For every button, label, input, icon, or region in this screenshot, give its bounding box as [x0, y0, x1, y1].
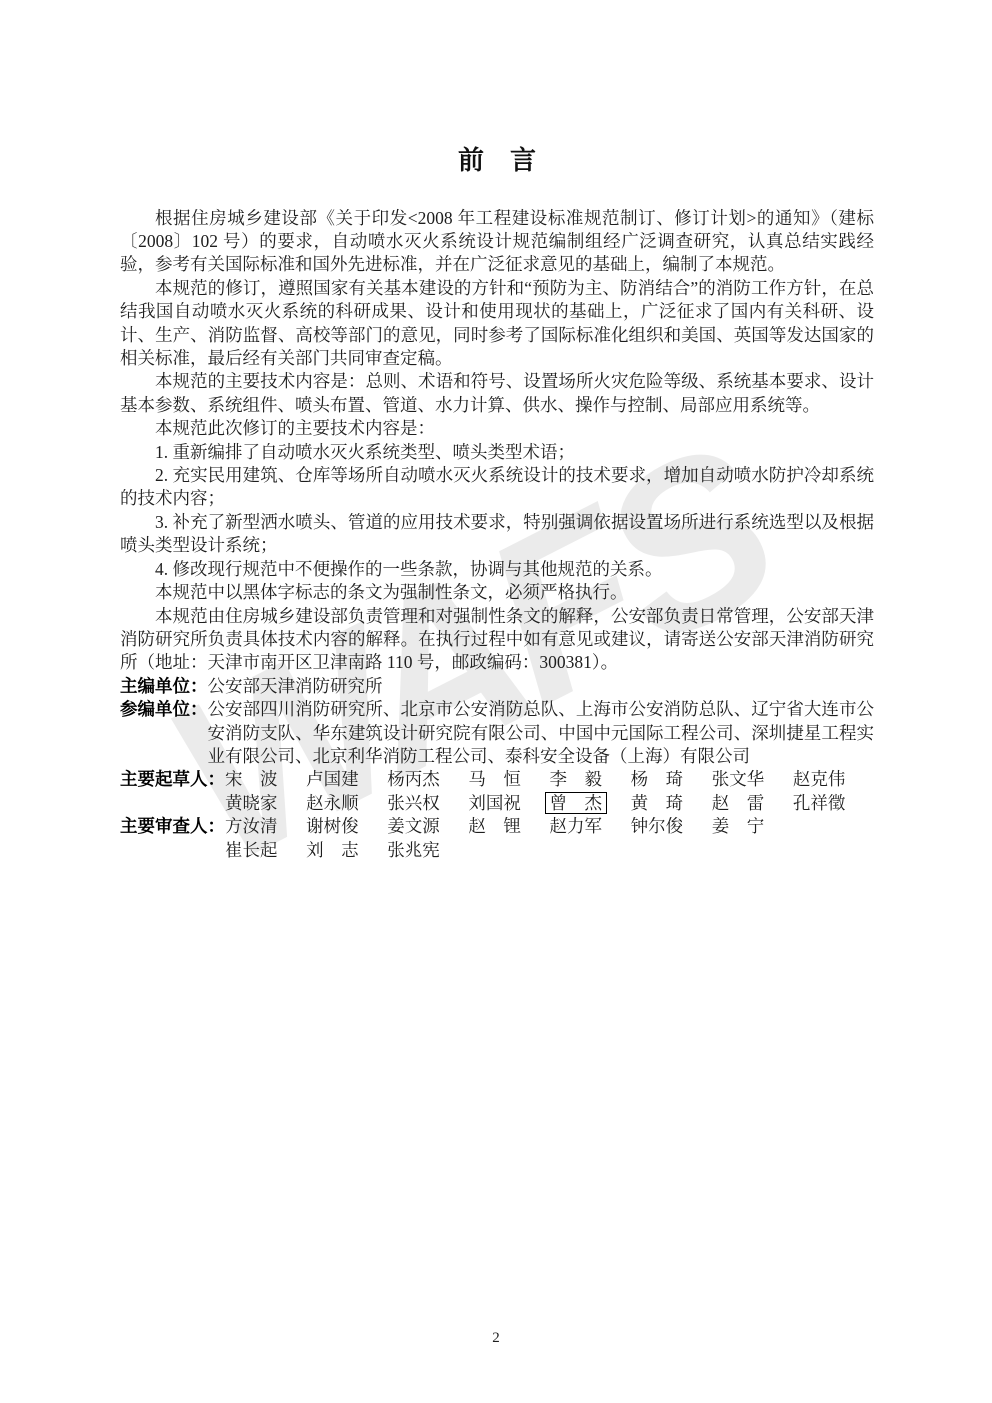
reviewers-label: 主要审查人：	[120, 815, 225, 838]
paragraph-revision-heading: 本规范此次修订的主要技术内容是：	[120, 417, 874, 440]
person-name: 杨丙杰	[387, 768, 468, 791]
person-name: 张文华	[712, 768, 793, 791]
person-name: 曾 杰	[550, 792, 631, 815]
person-name: 钟尔俊	[631, 815, 712, 838]
person-name: 方汝清	[225, 815, 306, 838]
name-row: 宋 波卢国建杨丙杰马 恒李 毅杨 琦张文华赵克伟	[225, 768, 874, 791]
body-text: 根据住房城乡建设部《关于印发<2008 年工程建设标准规范制订、修订计划>的通知…	[120, 207, 874, 675]
person-name: 宋 波	[225, 768, 306, 791]
document-page: WAFS 前 言 根据住房城乡建设部《关于印发<2008 年工程建设标准规范制订…	[0, 0, 992, 1403]
co-editor-row: 参编单位： 公安部四川消防研究所、北京市公安消防总队、上海市公安消防总队、辽宁省…	[120, 698, 874, 768]
person-name: 黄晓家	[225, 792, 306, 815]
chief-editor-label: 主编单位：	[120, 675, 208, 698]
name-row: 崔长起刘 志张兆宪	[225, 839, 874, 862]
reviewers-row: 主要审查人： 方汝清谢树俊姜文源赵 锂赵力军钟尔俊姜 宁崔长起刘 志张兆宪	[120, 815, 874, 862]
person-name: 崔长起	[225, 839, 306, 862]
person-name: 赵力军	[550, 815, 631, 838]
co-editor-label: 参编单位：	[120, 698, 208, 721]
person-name: 张兴权	[387, 792, 468, 815]
paragraph-mandatory-provisions: 本规范中以黑体字标志的条文为强制性条文，必须严格执行。	[120, 581, 874, 604]
person-name: 刘 志	[306, 839, 387, 862]
chief-editor-row: 主编单位： 公安部天津消防研究所	[120, 675, 874, 698]
page-number: 2	[0, 1330, 992, 1347]
person-name: 刘国祝	[468, 792, 549, 815]
paragraph-administration: 本规范由住房城乡建设部负责管理和对强制性条文的解释，公安部负责日常管理，公安部天…	[120, 605, 874, 675]
person-name: 谢树俊	[306, 815, 387, 838]
person-name: 卢国建	[306, 768, 387, 791]
person-name: 赵 锂	[468, 815, 549, 838]
list-item-1: 1. 重新编排了自动喷水灭火系统类型、喷头类型术语；	[120, 441, 874, 464]
person-name: 姜 宁	[712, 815, 793, 838]
co-editor-value: 公安部四川消防研究所、北京市公安消防总队、上海市公安消防总队、辽宁省大连市公安消…	[208, 698, 875, 768]
list-item-2: 2. 充实民用建筑、仓库等场所自动喷水灭火系统设计的技术要求，增加自动喷水防护冷…	[120, 464, 874, 511]
paragraph-revision-principles: 本规范的修订，遵照国家有关基本建设的方针和“预防为主、防消结合”的消防工作方针，…	[120, 277, 874, 371]
credits-section: 主编单位： 公安部天津消防研究所 参编单位： 公安部四川消防研究所、北京市公安消…	[120, 675, 874, 862]
reviewers-names: 方汝清谢树俊姜文源赵 锂赵力军钟尔俊姜 宁崔长起刘 志张兆宪	[225, 815, 874, 862]
list-item-3: 3. 补充了新型洒水喷头、管道的应用技术要求，特别强调依据设置场所进行系统选型以…	[120, 511, 874, 558]
person-name: 马 恒	[468, 768, 549, 791]
person-name: 赵 雷	[712, 792, 793, 815]
person-name: 赵永顺	[306, 792, 387, 815]
name-row: 方汝清谢树俊姜文源赵 锂赵力军钟尔俊姜 宁	[225, 815, 874, 838]
person-name: 杨 琦	[631, 768, 712, 791]
chief-editor-value: 公安部天津消防研究所	[208, 675, 875, 698]
drafters-row: 主要起草人： 宋 波卢国建杨丙杰马 恒李 毅杨 琦张文华赵克伟黄晓家赵永顺张兴权…	[120, 768, 874, 815]
list-item-4: 4. 修改现行规范中不便操作的一些条款，协调与其他规范的关系。	[120, 558, 874, 581]
person-name: 赵克伟	[793, 768, 874, 791]
person-name: 姜文源	[387, 815, 468, 838]
person-name: 黄 琦	[631, 792, 712, 815]
boxed-person-name: 曾 杰	[545, 792, 608, 814]
paragraph-main-contents: 本规范的主要技术内容是：总则、术语和符号、设置场所火灾危险等级、系统基本要求、设…	[120, 370, 874, 417]
person-name: 孔祥徵	[793, 792, 874, 815]
name-row: 黄晓家赵永顺张兴权刘国祝曾 杰黄 琦赵 雷孔祥徵	[225, 792, 874, 815]
paragraph-intro: 根据住房城乡建设部《关于印发<2008 年工程建设标准规范制订、修订计划>的通知…	[120, 207, 874, 277]
document-content: 前 言 根据住房城乡建设部《关于印发<2008 年工程建设标准规范制订、修订计划…	[0, 0, 992, 862]
drafters-label: 主要起草人：	[120, 768, 225, 791]
person-name: 张兆宪	[387, 839, 468, 862]
page-title: 前 言	[120, 146, 874, 175]
person-name: 李 毅	[550, 768, 631, 791]
drafters-names: 宋 波卢国建杨丙杰马 恒李 毅杨 琦张文华赵克伟黄晓家赵永顺张兴权刘国祝曾 杰黄…	[225, 768, 874, 815]
